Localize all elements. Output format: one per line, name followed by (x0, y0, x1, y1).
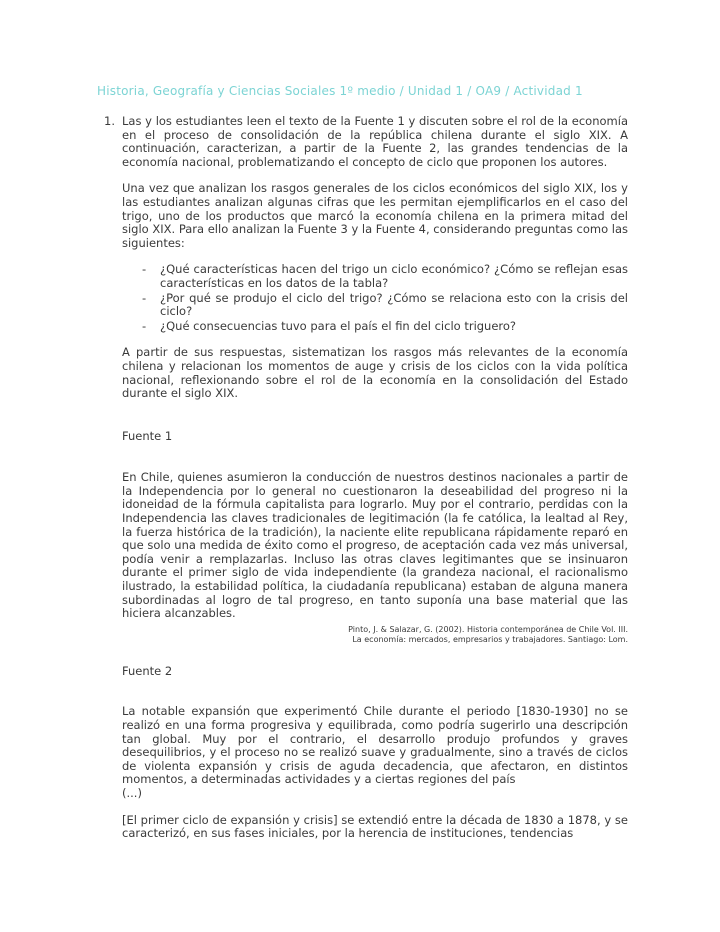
ellipsis-marker: (...) (122, 787, 628, 801)
question-text: ¿Por qué se produjo el ciclo del trigo? … (160, 291, 628, 319)
fuente-1-body: En Chile, quienes asumieron la conducció… (122, 471, 628, 621)
document-content: 1. Las y los estudiantes leen el texto d… (122, 115, 628, 841)
question-text: ¿Qué características hacen del trigo un … (160, 262, 628, 290)
question-item: - ¿Qué consecuencias tuvo para el país e… (140, 320, 628, 334)
activity-paragraph-1: 1. Las y los estudiantes leen el texto d… (122, 115, 628, 169)
question-text: ¿Qué consecuencias tuvo para el país el … (160, 319, 516, 333)
activity-paragraph-1-text: Las y los estudiantes leen el texto de l… (122, 114, 628, 169)
fuente-1-heading: Fuente 1 (122, 430, 628, 444)
dash-bullet: - (142, 263, 146, 277)
question-list: - ¿Qué características hacen del trigo u… (140, 263, 628, 333)
fuente-2-paragraph-1-text: La notable expansión que experimentó Chi… (122, 704, 628, 786)
page-title: Historia, Geografía y Ciencias Sociales … (97, 84, 660, 98)
dash-bullet: - (142, 320, 146, 334)
fuente-1-citation: Pinto, J. & Salazar, G. (2002). Historia… (122, 625, 628, 645)
fuente-2-paragraph-2: [El primer ciclo de expansión y crisis] … (122, 814, 628, 841)
citation-line-2: La economía: mercados, empresarios y tra… (122, 635, 628, 645)
question-item: - ¿Qué características hacen del trigo u… (140, 263, 628, 290)
citation-line-1: Pinto, J. & Salazar, G. (2002). Historia… (122, 625, 628, 635)
dash-bullet: - (142, 292, 146, 306)
activity-paragraph-3: A partir de sus respuestas, sistematizan… (122, 346, 628, 400)
activity-paragraph-2: Una vez que analizan los rasgos generale… (122, 182, 628, 250)
question-item: - ¿Por qué se produjo el ciclo del trigo… (140, 292, 628, 319)
document-page: Historia, Geografía y Ciencias Sociales … (0, 0, 720, 841)
list-number: 1. (104, 115, 115, 129)
fuente-2-heading: Fuente 2 (122, 665, 628, 679)
fuente-2-paragraph-1: La notable expansión que experimentó Chi… (122, 705, 628, 800)
